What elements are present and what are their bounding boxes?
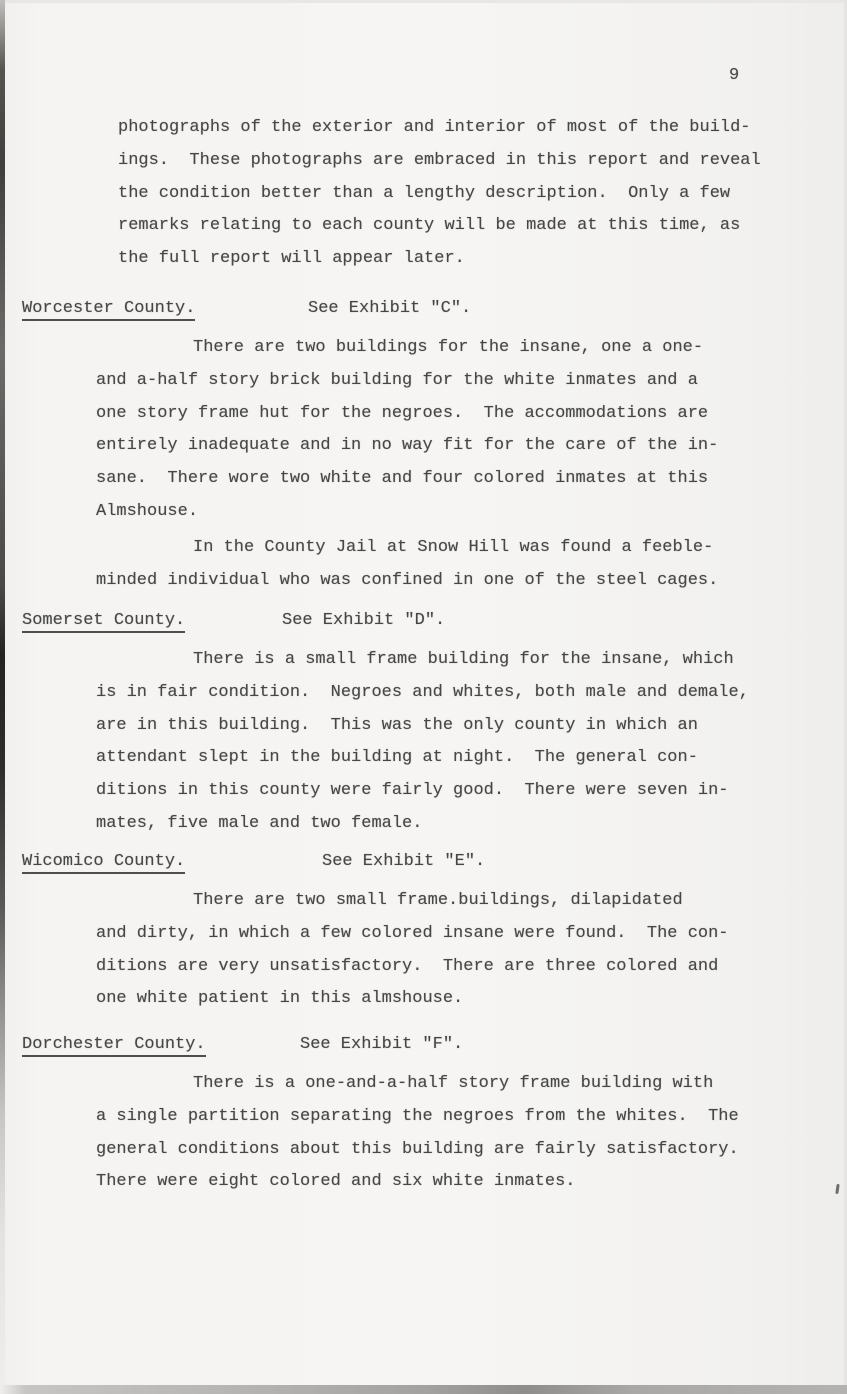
county-section: Somerset County.See Exhibit "D".There is…	[0, 611, 847, 841]
exhibit-reference: See Exhibit "F".	[300, 1035, 463, 1054]
paragraph: There is a one-and-a-half story frame bu…	[96, 1068, 847, 1199]
paragraph: In the County Jail at Snow Hill was foun…	[96, 532, 847, 598]
text-line: photographs of the exterior and interior…	[118, 112, 761, 145]
text-line: minded individual who was confined in on…	[96, 565, 847, 598]
text-line: sane. There wore two white and four colo…	[96, 463, 847, 496]
scan-edge-bottom	[0, 1385, 847, 1394]
section-heading-row: Dorchester County.See Exhibit "F".	[22, 1035, 847, 1068]
text-line: There is a one-and-a-half story frame bu…	[96, 1068, 847, 1101]
text-line: attendant slept in the building at night…	[96, 742, 847, 775]
paragraph: There are two small frame.buildings, dil…	[96, 885, 847, 1016]
text-line: ditions in this county were fairly good.…	[96, 775, 847, 808]
section-heading-row: Somerset County.See Exhibit "D".	[22, 611, 847, 644]
county-section: Worcester County.See Exhibit "C".There a…	[0, 299, 847, 597]
section-heading-row: Worcester County.See Exhibit "C".	[22, 299, 847, 332]
page-number: 9	[729, 66, 739, 85]
text-line: ditions are very unsatisfactory. There a…	[96, 951, 847, 984]
section-heading-row: Wicomico County.See Exhibit "E".	[22, 852, 847, 885]
section-heading: Somerset County.	[22, 611, 185, 633]
text-line: mates, five male and two female.	[96, 808, 847, 841]
paragraph: There are two buildings for the insane, …	[96, 332, 847, 529]
county-section: Dorchester County.See Exhibit "F".There …	[0, 1035, 847, 1199]
text-line: There is a small frame building for the …	[96, 644, 847, 677]
section-heading: Dorchester County.	[22, 1035, 206, 1057]
text-line: There are two small frame.buildings, dil…	[96, 885, 847, 918]
text-line: one story frame hut for the negroes. The…	[96, 398, 847, 431]
text-line: There were eight colored and six white i…	[96, 1166, 847, 1199]
exhibit-reference: See Exhibit "D".	[282, 611, 445, 630]
text-line: the full report will appear later.	[118, 243, 761, 276]
text-line: the condition better than a lengthy desc…	[118, 178, 761, 211]
text-line: general conditions about this building a…	[96, 1134, 847, 1167]
text-line: a single partition separating the negroe…	[96, 1101, 847, 1134]
text-line: There are two buildings for the insane, …	[96, 332, 847, 365]
county-section: Wicomico County.See Exhibit "E".There ar…	[0, 852, 847, 1016]
section-heading: Wicomico County.	[22, 852, 185, 874]
paragraph: There is a small frame building for the …	[96, 644, 847, 841]
text-line: ings. These photographs are embraced in …	[118, 145, 761, 178]
text-line: one white patient in this almshouse.	[96, 983, 847, 1016]
section-heading: Worcester County.	[22, 299, 195, 321]
scan-edge-top	[0, 0, 847, 3]
text-line: In the County Jail at Snow Hill was foun…	[96, 532, 847, 565]
intro-paragraph: photographs of the exterior and interior…	[118, 112, 761, 276]
text-line: and a-half story brick building for the …	[96, 365, 847, 398]
text-line: and dirty, in which a few colored insane…	[96, 918, 847, 951]
text-line: are in this building. This was the only …	[96, 710, 847, 743]
exhibit-reference: See Exhibit "C".	[308, 299, 471, 318]
text-line: is in fair condition. Negroes and whites…	[96, 677, 847, 710]
document-page: 9 photographs of the exterior and interi…	[0, 0, 847, 1394]
exhibit-reference: See Exhibit "E".	[322, 852, 485, 871]
text-line: entirely inadequate and in no way fit fo…	[96, 430, 847, 463]
text-line: remarks relating to each county will be …	[118, 210, 761, 243]
text-line: Almshouse.	[96, 496, 847, 529]
